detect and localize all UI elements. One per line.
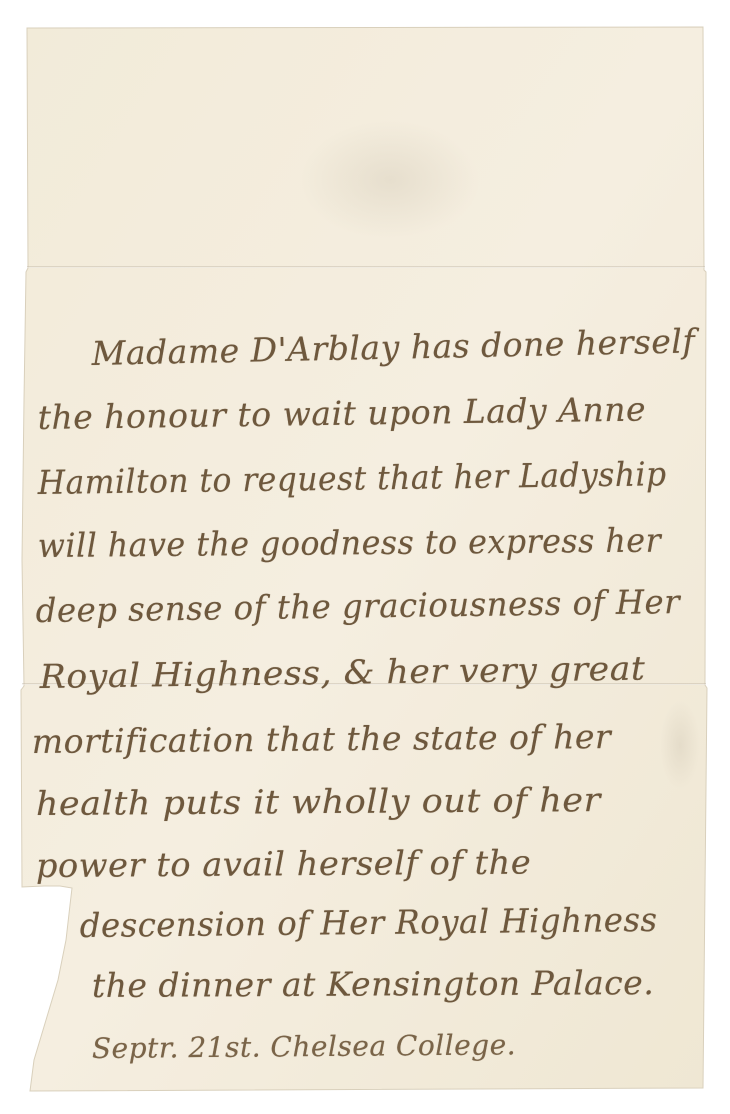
letter-line: health puts it wholly out of her	[36, 780, 601, 823]
paper-stain	[300, 120, 480, 240]
fold-line-upper	[27, 266, 705, 268]
letter-page: Madame D'Arblay has done herself the hon…	[0, 0, 730, 1114]
paper-stain	[660, 700, 700, 790]
dateline: Septr. 21st. Chelsea College.	[92, 1028, 517, 1065]
letter-line: will have the goodness to express her	[38, 521, 662, 565]
letter-line: power to avail herself of the	[36, 843, 532, 885]
letter-line: descension of Her Royal Highness	[80, 900, 658, 945]
letter-line: the dinner at Kensington Palace.	[92, 963, 655, 1005]
letter-line: mortification that the state of her	[32, 717, 612, 761]
